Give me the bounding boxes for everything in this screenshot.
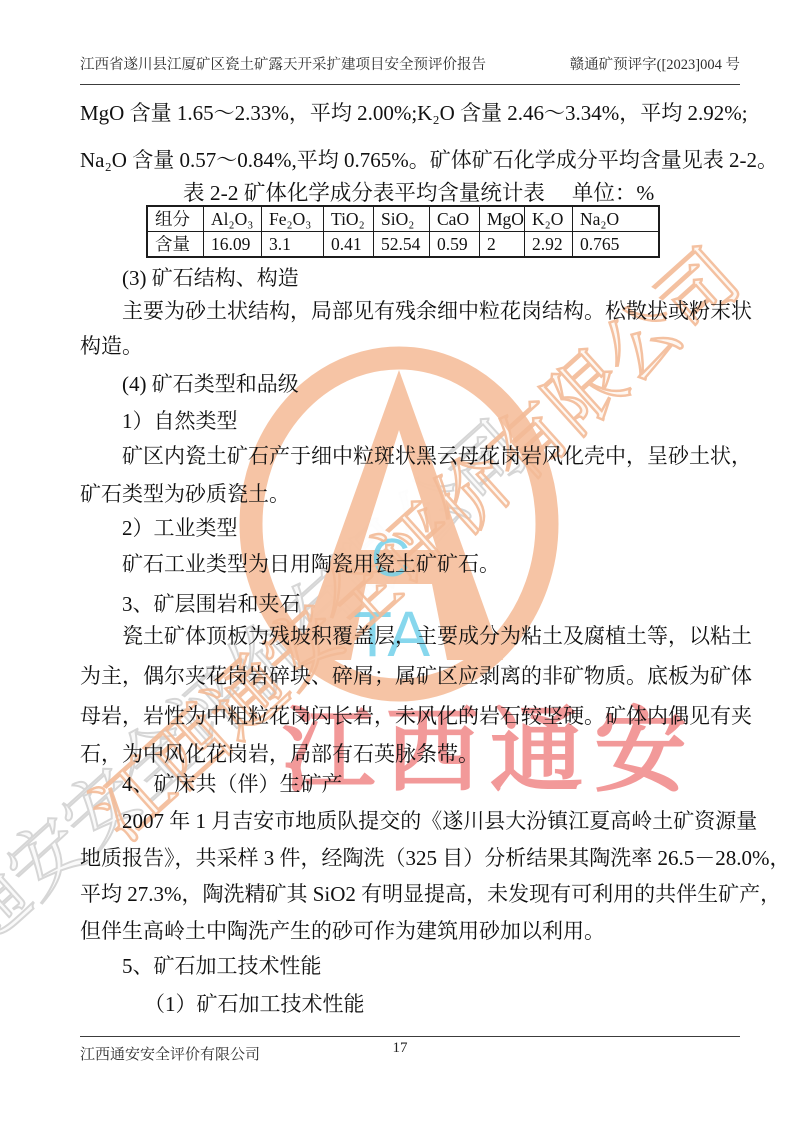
body-line: （1）矿石加工技术性能 bbox=[80, 988, 742, 1018]
table-header-cell: K₂O bbox=[525, 207, 573, 232]
table-value-cell: 含量 bbox=[148, 232, 204, 256]
report-page: 江西通安安全评价有限公司 C TA 江西通安全评价有限公司 江西通安 江西省遂川… bbox=[0, 0, 800, 1131]
body-line: 平均 27.3%，陶洗精矿其 SiO2 有明显提高，未发现有可利用的共伴生矿产， bbox=[80, 878, 742, 908]
table-caption: 表 2-2 矿体化学成分表平均含量统计表单位：% bbox=[183, 176, 654, 207]
page-number: 17 bbox=[0, 1040, 800, 1057]
body-line: 矿石类型为砂质瓷土。 bbox=[80, 478, 742, 508]
intro-line: Na₂O 含量 0.57～0.84%,平均 0.765%。矿体矿石化学成分平均含… bbox=[80, 144, 742, 174]
table-unit-label: 单位：% bbox=[572, 181, 654, 205]
body-line: 主要为砂土状结构，局部见有残余细中粒花岗结构。松散状或粉末状 bbox=[80, 295, 742, 325]
table-header-cell: MgO bbox=[480, 207, 525, 232]
body-line: 5、矿石加工技术性能 bbox=[80, 950, 742, 980]
body-line: 石，为中风化花岗岩，局部有石英脉条带。 bbox=[80, 738, 742, 768]
header-doc-number: 赣通矿预评字([2023]004 号 bbox=[570, 53, 740, 74]
table-value-cell: 2.92 bbox=[525, 232, 573, 256]
body-line: (3) 矿石结构、构造 bbox=[80, 262, 742, 292]
header-report-title: 江西省遂川县江厦矿区瓷土矿露天开采扩建项目安全预评价报告 bbox=[80, 53, 486, 74]
body-line: 瓷土矿体顶板为残坡积覆盖层，主要成分为粘土及腐植土等，以粘土 bbox=[80, 620, 742, 650]
body-line: 地质报告》，共采样 3 件，经陶洗（325 目）分析结果其陶洗率 26.5－28… bbox=[80, 842, 742, 872]
table-value-cell: 3.1 bbox=[262, 232, 324, 256]
table-caption-text: 表 2-2 矿体化学成分表平均含量统计表 bbox=[183, 181, 545, 205]
table-header-cell: SiO₂ bbox=[374, 207, 430, 232]
table-value-cell: 0.59 bbox=[430, 232, 480, 256]
table-header-cell: TiO₂ bbox=[324, 207, 374, 232]
body-line: 2）工业类型 bbox=[80, 512, 742, 542]
body-line: 矿石工业类型为日用陶瓷用瓷土矿矿石。 bbox=[80, 548, 742, 578]
header-rule bbox=[80, 84, 740, 85]
body-line: 矿区内瓷土矿石产于细中粒斑状黑云母花岗岩风化壳中，呈砂土状， bbox=[80, 440, 742, 470]
composition-table: 组分 Al₂O₃ Fe₂O₃ TiO₂ SiO₂ CaO MgO K₂O Na₂… bbox=[146, 205, 660, 258]
body-line: 3、矿层围岩和夹石 bbox=[80, 588, 742, 618]
table-header-cell: CaO bbox=[430, 207, 480, 232]
footer-rule bbox=[80, 1036, 740, 1037]
body-line: 构造。 bbox=[80, 330, 742, 360]
body-line: 为主，偶尔夹花岗岩碎块、碎屑；属矿区应剥离的非矿物质。底板为矿体 bbox=[80, 660, 742, 690]
body-line: 母岩，岩性为中粗粒花岗闪长岩，未风化的岩石较坚硬。矿体内偶见有夹 bbox=[80, 700, 742, 730]
table-value-cell: 52.54 bbox=[374, 232, 430, 256]
table-header-cell: Na₂O bbox=[573, 207, 658, 232]
intro-line: MgO 含量 1.65～2.33%，平均 2.00%;K₂O 含量 2.46～3… bbox=[80, 97, 742, 127]
table-value-cell: 16.09 bbox=[204, 232, 262, 256]
table-header-cell: Al₂O₃ bbox=[204, 207, 262, 232]
body-line: 4、矿床共（伴）生矿产 bbox=[80, 768, 742, 798]
table-value-cell: 0.41 bbox=[324, 232, 374, 256]
body-line: 但伴生高岭土中陶洗产生的砂可作为建筑用砂加以利用。 bbox=[80, 915, 742, 945]
body-line: 1）自然类型 bbox=[80, 405, 742, 435]
body-line: 2007 年 1 月吉安市地质队提交的《遂川县大汾镇江夏高岭土矿资源量 bbox=[80, 805, 742, 835]
table-header-cell: Fe₂O₃ bbox=[262, 207, 324, 232]
table-header-cell: 组分 bbox=[148, 207, 204, 232]
table-value-cell: 2 bbox=[480, 232, 525, 256]
table-value-cell: 0.765 bbox=[573, 232, 658, 256]
page-header: 江西省遂川县江厦矿区瓷土矿露天开采扩建项目安全预评价报告 赣通矿预评字([202… bbox=[80, 53, 740, 74]
body-line: (4) 矿石类型和品级 bbox=[80, 368, 742, 398]
